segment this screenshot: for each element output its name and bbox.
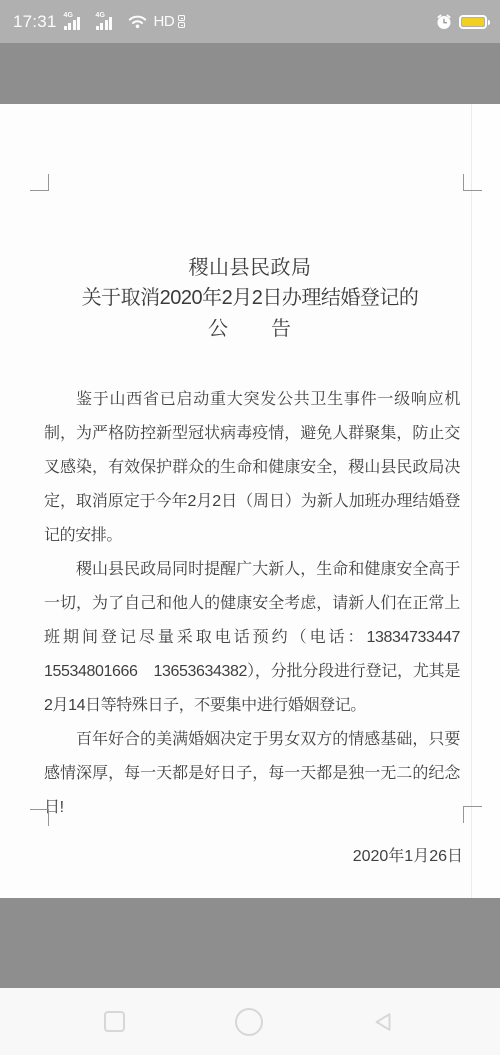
crop-mark-top-right xyxy=(463,174,482,191)
battery-icon xyxy=(459,15,487,29)
recents-button[interactable] xyxy=(98,1005,131,1038)
status-bar-right xyxy=(435,13,487,31)
crop-mark-bottom-left xyxy=(30,809,49,826)
triangle-back-icon xyxy=(372,1010,396,1034)
status-bar-left: 17:31 4G 4G HD xyxy=(13,12,185,32)
battery-nub xyxy=(488,20,491,25)
notice-body: 鉴于山西省已启动重大突发公共卫生事件一级响应机制，为严格防控新型冠状病毒疫情，避… xyxy=(0,383,500,825)
navigation-bar xyxy=(0,988,500,1055)
signal-bars-icon xyxy=(64,17,89,30)
notice-page: 稷山县民政局 关于取消2020年2月2日办理结婚登记的 公 告 鉴于山西省已启动… xyxy=(0,104,500,898)
paragraph-2: 稷山县民政局同时提醒广大新人，生命和健康安全高于一切，为了自己和他人的健康安全考… xyxy=(44,553,460,723)
clock-time: 17:31 xyxy=(13,12,57,32)
status-bar: 17:31 4G 4G HD xyxy=(0,0,500,43)
hd-volte-label: HD xyxy=(154,13,175,30)
circle-home-icon xyxy=(235,1008,263,1036)
notice-date: 2020年1月26日 xyxy=(0,843,500,866)
paragraph-1: 鉴于山西省已启动重大突发公共卫生事件一级响应机制，为严格防控新型冠状病毒疫情，避… xyxy=(44,383,460,553)
page-edge-highlight xyxy=(472,104,500,898)
square-recents-icon xyxy=(104,1011,125,1032)
notice-heading: 公 告 xyxy=(0,314,500,345)
org-title: 稷山县民政局 xyxy=(0,253,500,283)
crop-mark-bottom-right xyxy=(463,806,482,823)
home-button[interactable] xyxy=(229,1002,269,1042)
notice-subject-title: 关于取消2020年2月2日办理结婚登记的 xyxy=(0,283,500,314)
battery-level-fill xyxy=(462,18,484,26)
dual-sim-volte-badge-icon xyxy=(178,15,185,28)
alarm-clock-icon xyxy=(435,13,453,31)
cellular-signal-2-icon: 4G xyxy=(96,12,121,32)
crop-mark-top-left xyxy=(30,174,49,191)
paragraph-3: 百年好合的美满婚姻决定于男女双方的情感基础，只要感情深厚，每一天都是好日子，每一… xyxy=(44,723,460,825)
document-photo: 稷山县民政局 关于取消2020年2月2日办理结婚登记的 公 告 鉴于山西省已启动… xyxy=(0,43,500,988)
back-button[interactable] xyxy=(366,1004,402,1040)
cellular-signal-icon: 4G xyxy=(64,12,89,32)
signal-bars-2-icon xyxy=(96,17,121,30)
wifi-icon xyxy=(128,14,147,29)
phone-screen: 17:31 4G 4G HD xyxy=(0,0,500,1055)
notice-title-block: 稷山县民政局 关于取消2020年2月2日办理结婚登记的 公 告 xyxy=(0,104,500,345)
